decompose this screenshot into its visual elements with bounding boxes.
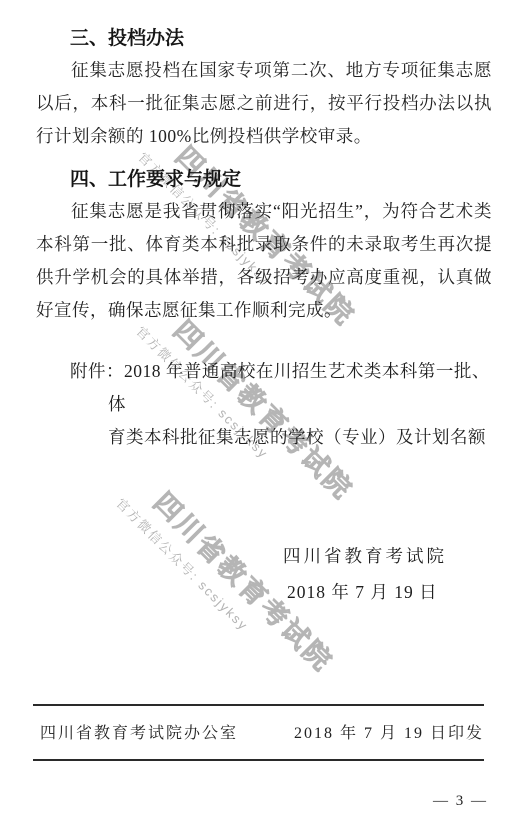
- page-number: — 3 —: [433, 793, 488, 810]
- footer-divider-bottom: [33, 759, 484, 761]
- signature-block: 四川省教育考试院 2018 年 7 月 19 日: [36, 538, 492, 610]
- document-page: 四川省教育考试院 官方微信公众号: scsjyksy 四川省教育考试院 官方微信…: [0, 0, 526, 834]
- attachment-line-1: 附件：2018 年普通高校在川招生艺术类本科第一批、体: [108, 355, 492, 421]
- footer-office: 四川省教育考试院办公室: [40, 720, 238, 743]
- attachment-line-2: 育类本科批征集志愿的学校（专业）及计划名额: [108, 421, 492, 454]
- document-body: 三、投档办法 征集志愿投档在国家专项第二次、地方专项征集志愿以后，本科一批征集志…: [36, 24, 492, 610]
- footer-row: 四川省教育考试院办公室 2018 年 7 月 19 日印发: [40, 720, 484, 743]
- signature-date: 2018 年 7 月 19 日: [36, 574, 492, 610]
- section-heading-filing-method: 三、投档办法: [36, 24, 492, 54]
- signature-issuer: 四川省教育考试院: [36, 538, 492, 574]
- paragraph-work-requirements: 征集志愿是我省贯彻落实“阳光招生”，为符合艺术类本科第一批、体育类本科批录取条件…: [36, 195, 492, 327]
- section-heading-work-requirements: 四、工作要求与规定: [36, 165, 492, 195]
- paragraph-filing-method: 征集志愿投档在国家专项第二次、地方专项征集志愿以后，本科一批征集志愿之前进行，按…: [36, 54, 492, 153]
- attachment-note: 附件：2018 年普通高校在川招生艺术类本科第一批、体 育类本科批征集志愿的学校…: [108, 355, 492, 454]
- footer-print-date: 2018 年 7 月 19 日印发: [294, 720, 484, 743]
- footer-divider-top: [33, 704, 484, 706]
